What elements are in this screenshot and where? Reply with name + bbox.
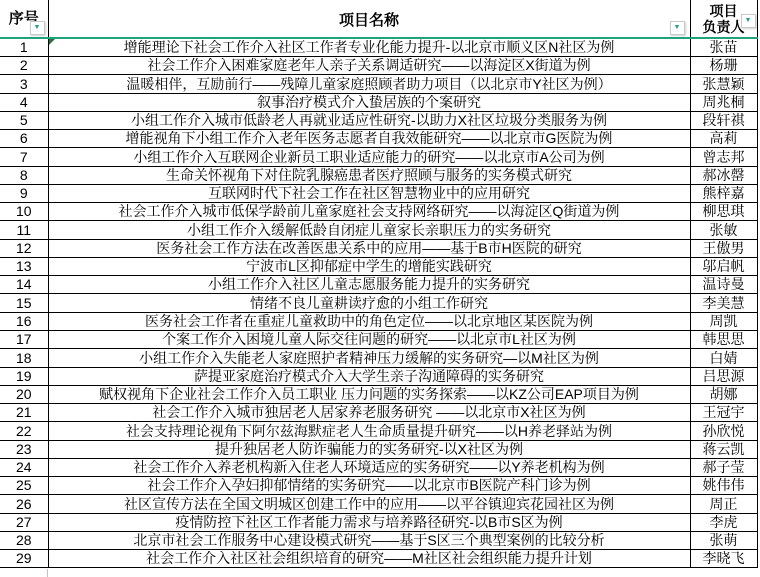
spreadsheet: 序号 ▼ 项目名称 ▼ 项目 负责人 ▼ 1 增能理论下社会工作介入社区工作者专… [0,0,760,577]
project-title-text: 社会工作介入社区社会组织培育的研究——M社区社会组织能力提升计划 [146,550,592,566]
project-title-text: 医务社会工作者在重症儿童救助中的角色定位——以北京地区某医院为例 [145,313,593,329]
project-title-text: 疫情防控下社区工作者能力需求与培养路径研究-以B市S区为例 [175,514,562,530]
cell-flag-triangle-icon [49,39,55,45]
cell-serial-number[interactable]: 23 [0,440,48,458]
project-title-text: 互联网时代下社会工作在社区智慧物业中的应用研究 [208,185,530,201]
header-row: 序号 ▼ 项目名称 ▼ 项目 负责人 ▼ [0,0,757,38]
cell-project-title[interactable]: 萨提亚家庭治疗模式介入大学生亲子沟通障碍的实务研究 [48,367,690,385]
table-row: 9 互联网时代下社会工作在社区智慧物业中的应用研究 熊梓嘉 [0,184,757,202]
cell-project-title[interactable]: 疫情防控下社区工作者能力需求与培养路径研究-以B市S区为例 [48,513,690,531]
cell-project-title[interactable]: 宁波市L区抑郁症中学生的增能实践研究 [48,257,690,275]
cell-project-title[interactable]: 医务社会工作者在重症儿童救助中的角色定位——以北京地区某医院为例 [48,312,690,330]
table-row: 18 小组工作介入失能老人家庭照护者精神压力缓解的实务研究—以M社区为例 白婧 [0,349,757,367]
cell-project-title[interactable]: 温暖相伴，互励前行——残障儿童家庭照顾者助力项目（以北京市Y社区为例） [48,75,690,93]
cell-leader-name[interactable]: 白婧 [690,349,757,367]
cell-leader-name[interactable]: 段轩祺 [690,111,757,129]
cell-serial-number[interactable]: 1 [0,38,48,57]
cell-project-title[interactable]: 互联网时代下社会工作在社区智慧物业中的应用研究 [48,184,690,202]
table-row: 16 医务社会工作者在重症儿童救助中的角色定位——以北京地区某医院为例 周凯 [0,312,757,330]
cell-serial-number[interactable]: 6 [0,130,48,148]
cell-project-title[interactable]: 医务社会工作方法在改善医患关系中的应用——基于B市H医院的研究 [48,239,690,257]
project-title-text: 生命关怀视角下对住院乳腺癌患者医疗照顾与服务的实务模式研究 [166,167,572,183]
table-row: 29 社会工作介入社区社会组织培育的研究——M社区社会组织能力提升计划 李晓飞 [0,550,757,568]
project-table: 序号 ▼ 项目名称 ▼ 项目 负责人 ▼ 1 增能理论下社会工作介入社区工作者专… [0,0,758,568]
cell-leader-name[interactable]: 王傲男 [690,239,757,257]
cell-project-title[interactable]: 赋权视角下企业社会工作介入员工职业 压力问题的实务探索——以KZ公司EAP项目为… [48,385,690,403]
cell-serial-number[interactable]: 17 [0,330,48,348]
cell-serial-number[interactable]: 8 [0,166,48,184]
cell-leader-name[interactable]: 李晓飞 [690,550,757,568]
project-title-text: 温暖相伴，互励前行——残障儿童家庭照顾者助力项目（以北京市Y社区为例） [126,76,611,92]
table-row: 13 宁波市L区抑郁症中学生的增能实践研究 邬启帆 [0,257,757,275]
project-title-text: 情绪不良儿童耕读疗愈的小组工作研究 [250,295,488,311]
cell-serial-number[interactable]: 12 [0,239,48,257]
cell-leader-name[interactable]: 周正 [690,495,757,513]
project-title-text: 社会工作介入养老机构新入住老人环境适应的实务研究——以Y养老机构为例 [133,459,604,475]
project-title-text: 社会工作介入城市低保学龄前儿童家庭社会支持网络研究——以海淀区Q街道为例 [119,203,620,219]
table-row: 11 小组工作介入缓解低龄自闭症儿童家长亲职压力的实务研究 张敏 [0,221,757,239]
filter-dropdown-icon[interactable]: ▼ [30,21,45,35]
cell-serial-number[interactable]: 3 [0,75,48,93]
cell-serial-number[interactable]: 16 [0,312,48,330]
project-title-text: 医务社会工作方法在改善医患关系中的应用——基于B市H医院的研究 [156,240,581,256]
cell-leader-name[interactable]: 熊梓嘉 [690,184,757,202]
table-row: 7 小组工作介入互联网企业新员工职业适应能力的研究——以北京市A公司为例 曾志邦 [0,148,757,166]
cell-serial-number[interactable]: 14 [0,276,48,294]
project-title-text: 社会工作介入城市独居老人居家养老服务研究 ——以北京市X社区为例 [152,404,585,420]
cell-serial-number[interactable]: 4 [0,93,48,111]
table-row: 21 社会工作介入城市独居老人居家养老服务研究 ——以北京市X社区为例 王冠宇 [0,404,757,422]
cell-project-title[interactable]: 小组工作介入互联网企业新员工职业适应能力的研究——以北京市A公司为例 [48,148,690,166]
cell-project-title[interactable]: 社会工作介入城市低保学龄前儿童家庭社会支持网络研究——以海淀区Q街道为例 [48,203,690,221]
table-row: 4 叙事治疗模式介入蛰居族的个案研究 周兆桐 [0,93,757,111]
cell-project-title[interactable]: 社会工作介入养老机构新入住老人环境适应的实务研究——以Y养老机构为例 [48,458,690,476]
project-title-text: 小组工作介入缓解低龄自闭症儿童家长亲职压力的实务研究 [187,222,551,238]
table-row: 6 增能视角下小组工作介入老年医务志愿者自我效能研究——以北京市G医院为例 高莉 [0,130,757,148]
cell-project-title[interactable]: 个案工作介入困境儿童人际交往问题的研究——以北京市L社区为例 [48,330,690,348]
cell-serial-number[interactable]: 11 [0,221,48,239]
project-title-text: 社会支持理论视角下阿尔兹海默症老人生命质量提升研究——以H养老驿站为例 [126,423,612,439]
project-title-text: 小组工作介入失能老人家庭照护者精神压力缓解的实务研究—以M社区为例 [139,350,599,366]
cell-serial-number[interactable]: 22 [0,422,48,440]
table-row: 23 提升独居老人防诈骗能力的实务研究-以X社区为例 蒋云凯 [0,440,757,458]
cell-serial-number[interactable]: 19 [0,367,48,385]
cell-serial-number[interactable]: 29 [0,550,48,568]
table-row: 3 温暖相伴，互励前行——残障儿童家庭照顾者助力项目（以北京市Y社区为例） 张慧… [0,75,757,93]
project-title-text: 小组工作介入互联网企业新员工职业适应能力的研究——以北京市A公司为例 [133,149,604,165]
cell-project-title[interactable]: 生命关怀视角下对住院乳腺癌患者医疗照顾与服务的实务模式研究 [48,166,690,184]
cell-project-title[interactable]: 北京市社会工作服务中心建设模式研究——基于S区三个典型案例的比较分析 [48,531,690,549]
cell-project-title[interactable]: 小组工作介入城市低龄老人再就业适应性研究-以助力X社区垃圾分类服务为例 [48,111,690,129]
cell-serial-number[interactable]: 25 [0,477,48,495]
cell-leader-name[interactable]: 高莉 [690,130,757,148]
filter-dropdown-icon[interactable]: ▼ [670,21,685,35]
table-row: 27 疫情防控下社区工作者能力需求与培养路径研究-以B市S区为例 李虎 [0,513,757,531]
cell-leader-name[interactable]: 张苗 [690,38,757,57]
cell-project-title[interactable]: 增能理论下社会工作介入社区工作者专业化能力提升-以北京市顺义区N社区为例 [48,38,690,57]
project-title-text: 宁波市L区抑郁症中学生的增能实践研究 [246,258,492,274]
cell-leader-name[interactable]: 王冠宇 [690,404,757,422]
project-title-text: 社会工作介入困难家庭老年人亲子关系调适研究——以海淀区X街道为例 [147,57,590,73]
header-leader-label-line1: 项目 [710,3,738,19]
cell-project-title[interactable]: 增能视角下小组工作介入老年医务志愿者自我效能研究——以北京市G医院为例 [48,130,690,148]
cell-serial-number[interactable]: 7 [0,148,48,166]
cell-serial-number[interactable]: 15 [0,294,48,312]
cell-project-title[interactable]: 社会工作介入困难家庭老年人亲子关系调适研究——以海淀区X街道为例 [48,57,690,75]
cell-leader-name[interactable]: 杨珊 [690,57,757,75]
cell-leader-name[interactable]: 张萌 [690,531,757,549]
cell-leader-name[interactable]: 张敏 [690,221,757,239]
cell-leader-name[interactable]: 郝冰罄 [690,166,757,184]
cell-serial-number[interactable]: 13 [0,257,48,275]
cell-leader-name[interactable]: 李美慧 [690,294,757,312]
cell-leader-name[interactable]: 邬启帆 [690,257,757,275]
column-gridline-continuation [47,569,48,577]
project-title-text: 北京市社会工作服务中心建设模式研究——基于S区三个典型案例的比较分析 [133,532,604,548]
table-row: 15 情绪不良儿童耕读疗愈的小组工作研究 李美慧 [0,294,757,312]
cell-project-title[interactable]: 提升独居老人防诈骗能力的实务研究-以X社区为例 [48,440,690,458]
table-row: 22 社会支持理论视角下阿尔兹海默症老人生命质量提升研究——以H养老驿站为例 孙… [0,422,757,440]
project-title-text: 社会工作介入孕妇抑郁情绪的实务研究——以北京市B医院产科门诊为例 [147,477,590,493]
project-title-text: 赋权视角下企业社会工作介入员工职业 压力问题的实务探索——以KZ公司EAP项目为… [99,386,639,402]
cell-leader-name[interactable]: 韩思思 [690,330,757,348]
table-row: 19 萨提亚家庭治疗模式介入大学生亲子沟通障碍的实务研究 吕思源 [0,367,757,385]
cell-serial-number[interactable]: 9 [0,184,48,202]
table-row: 1 增能理论下社会工作介入社区工作者专业化能力提升-以北京市顺义区N社区为例 张… [0,38,757,57]
cell-serial-number[interactable]: 24 [0,458,48,476]
table-row: 14 小组工作介入社区儿童志愿服务能力提升的实务研究 温诗曼 [0,276,757,294]
cell-leader-name[interactable]: 胡娜 [690,385,757,403]
table-row: 5 小组工作介入城市低龄老人再就业适应性研究-以助力X社区垃圾分类服务为例 段轩… [0,111,757,129]
cell-serial-number[interactable]: 10 [0,203,48,221]
cell-leader-name[interactable]: 周兆桐 [690,93,757,111]
cell-project-title[interactable]: 社会工作介入社区社会组织培育的研究——M社区社会组织能力提升计划 [48,550,690,568]
cell-serial-number[interactable]: 21 [0,404,48,422]
cell-leader-name[interactable]: 李虎 [690,513,757,531]
table-row: 12 医务社会工作方法在改善医患关系中的应用——基于B市H医院的研究 王傲男 [0,239,757,257]
project-title-text: 萨提亚家庭治疗模式介入大学生亲子沟通障碍的实务研究 [194,368,544,384]
project-title-text: 叙事治疗模式介入蛰居族的个案研究 [257,94,481,110]
cell-leader-name[interactable]: 姚伟伟 [690,477,757,495]
cell-leader-name[interactable]: 蒋云凯 [690,440,757,458]
project-title-text: 增能理论下社会工作介入社区工作者专业化能力提升-以北京市顺义区N社区为例 [124,39,615,55]
table-row: 25 社会工作介入孕妇抑郁情绪的实务研究——以北京市B医院产科门诊为例 姚伟伟 [0,477,757,495]
table-row: 20 赋权视角下企业社会工作介入员工职业 压力问题的实务探索——以KZ公司EAP… [0,385,757,403]
filter-dropdown-icon[interactable]: ▼ [741,14,756,28]
cell-project-title[interactable]: 小组工作介入社区儿童志愿服务能力提升的实务研究 [48,276,690,294]
table-row: 10 社会工作介入城市低保学龄前儿童家庭社会支持网络研究——以海淀区Q街道为例 … [0,203,757,221]
cell-leader-name[interactable]: 柳思琪 [690,203,757,221]
cell-project-title[interactable]: 小组工作介入缓解低龄自闭症儿童家长亲职压力的实务研究 [48,221,690,239]
cell-serial-number[interactable]: 5 [0,111,48,129]
project-title-text: 小组工作介入社区儿童志愿服务能力提升的实务研究 [208,276,530,292]
cell-project-title[interactable]: 情绪不良儿童耕读疗愈的小组工作研究 [48,294,690,312]
project-title-text: 提升独居老人防诈骗能力的实务研究-以X社区为例 [215,441,523,457]
cell-leader-name[interactable]: 温诗曼 [690,276,757,294]
project-title-text: 个案工作介入困境儿童人际交往问题的研究——以北京市L社区为例 [162,331,576,347]
table-row: 8 生命关怀视角下对住院乳腺癌患者医疗照顾与服务的实务模式研究 郝冰罄 [0,166,757,184]
header-leader-label-line2: 负责人 [703,19,745,35]
table-row: 17 个案工作介入困境儿童人际交往问题的研究——以北京市L社区为例 韩思思 [0,330,757,348]
cell-project-title[interactable]: 社会工作介入孕妇抑郁情绪的实务研究——以北京市B医院产科门诊为例 [48,477,690,495]
header-cell-serial[interactable]: 序号 ▼ [0,0,48,38]
cell-project-title[interactable]: 社区宣传方法在全国文明城区创建工作中的应用——以平谷镇迎宾花园社区为例 [48,495,690,513]
cell-project-title[interactable]: 社会支持理论视角下阿尔兹海默症老人生命质量提升研究——以H养老驿站为例 [48,422,690,440]
cell-leader-name[interactable]: 曾志邦 [690,148,757,166]
header-project-label: 项目名称 [339,12,399,29]
project-title-text: 小组工作介入城市低龄老人再就业适应性研究-以助力X社区垃圾分类服务为例 [131,112,607,128]
project-title-text: 增能视角下小组工作介入老年医务志愿者自我效能研究——以北京市G医院为例 [126,130,613,146]
project-title-text: 社区宣传方法在全国文明城区创建工作中的应用——以平谷镇迎宾花园社区为例 [124,496,614,512]
table-body: 1 增能理论下社会工作介入社区工作者专业化能力提升-以北京市顺义区N社区为例 张… [0,38,757,568]
table-row: 28 北京市社会工作服务中心建设模式研究——基于S区三个典型案例的比较分析 张萌 [0,531,757,549]
table-row: 24 社会工作介入养老机构新入住老人环境适应的实务研究——以Y养老机构为例 郝子… [0,458,757,476]
cell-serial-number[interactable]: 20 [0,385,48,403]
cell-serial-number[interactable]: 27 [0,513,48,531]
table-row: 26 社区宣传方法在全国文明城区创建工作中的应用——以平谷镇迎宾花园社区为例 周… [0,495,757,513]
cell-serial-number[interactable]: 2 [0,57,48,75]
header-cell-project[interactable]: 项目名称 ▼ [48,0,690,38]
cell-leader-name[interactable]: 吕思源 [690,367,757,385]
header-cell-leader[interactable]: 项目 负责人 ▼ [690,0,757,38]
cell-project-title[interactable]: 小组工作介入失能老人家庭照护者精神压力缓解的实务研究—以M社区为例 [48,349,690,367]
cell-serial-number[interactable]: 18 [0,349,48,367]
cell-leader-name[interactable]: 孙欣悦 [690,422,757,440]
cell-serial-number[interactable]: 28 [0,531,48,549]
cell-serial-number[interactable]: 26 [0,495,48,513]
table-row: 2 社会工作介入困难家庭老年人亲子关系调适研究——以海淀区X街道为例 杨珊 [0,57,757,75]
cell-project-title[interactable]: 叙事治疗模式介入蛰居族的个案研究 [48,93,690,111]
cell-leader-name[interactable]: 郝子莹 [690,458,757,476]
cell-leader-name[interactable]: 张慧颖 [690,75,757,93]
cell-leader-name[interactable]: 周凯 [690,312,757,330]
cell-project-title[interactable]: 社会工作介入城市独居老人居家养老服务研究 ——以北京市X社区为例 [48,404,690,422]
